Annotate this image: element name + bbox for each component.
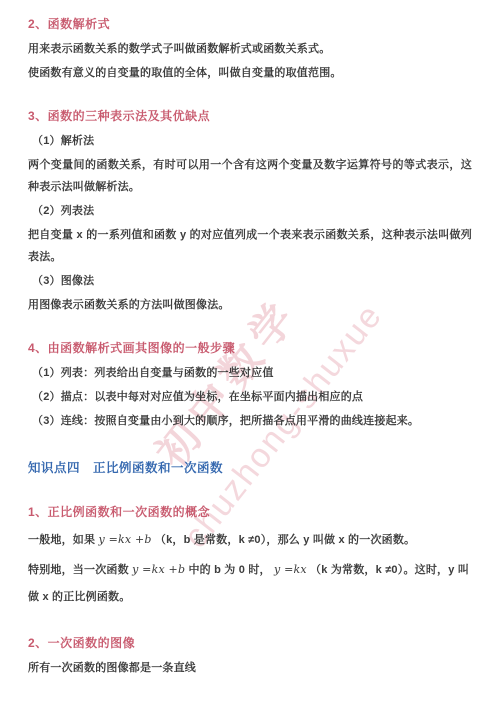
list-item-analytic-method: （1）解析法: [28, 130, 472, 152]
math-expression-kx-plus-b: y =kx +b: [98, 533, 151, 546]
math-expression-kx: y =kx: [274, 563, 307, 576]
list-item-table-method: （2）列表法: [28, 200, 472, 222]
paragraph-graph-method: 用图像表示函数关系的方法叫做图像法。: [28, 294, 472, 316]
text-segment: 中的 b 为 0 时，: [185, 564, 274, 576]
heading-linear-function-graph: 2、一次函数的图像: [28, 631, 472, 655]
heading-knowledge-point-4: 知识点四 正比例函数和一次函数: [28, 456, 472, 480]
paragraph-domain-definition: 使函数有意义的自变量的取值的全体，叫做自变量的取值范围。: [28, 62, 472, 84]
list-item-step-plot: （2）描点：以表中每对对应值为坐标，在坐标平面内描出相应的点: [28, 386, 472, 408]
text-segment: （k，b 是常数，k ≠0），那么 y 叫做 x 的一次函数。: [152, 534, 416, 546]
paragraph-table-method: 把自变量 x 的一系列值和函数 y 的对应值列成一个表来表示函数关系，这种表示法…: [28, 224, 472, 268]
text-segment: 特别地，当一次函数: [28, 564, 132, 576]
list-item-step-table: （1）列表：列表给出自变量与函数的一些对应值: [28, 362, 472, 384]
text-segment: 一般地，如果: [28, 534, 98, 546]
heading-three-representations: 3、函数的三种表示法及其优缺点: [28, 104, 472, 128]
heading-linear-function-concept: 1、正比例函数和一次函数的概念: [28, 500, 472, 524]
heading-function-expression: 2、函数解析式: [28, 12, 472, 36]
paragraph-analytic-method: 两个变量间的函数关系，有时可以用一个含有这两个变量及数字运算符号的等式表示，这种…: [28, 154, 472, 198]
document-body: 2、函数解析式 用来表示函数关系的数学式子叫做函数解析式或函数关系式。 使函数有…: [0, 0, 500, 679]
paragraph-graph-is-line: 所有一次函数的图像都是一条直线: [28, 657, 472, 679]
list-item-graph-method: （3）图像法: [28, 270, 472, 292]
list-item-step-connect: （3）连线：按照自变量由小到大的顺序，把所描各点用平滑的曲线连接起来。: [28, 410, 472, 432]
paragraph-expression-definition: 用来表示函数关系的数学式子叫做函数解析式或函数关系式。: [28, 38, 472, 60]
heading-graphing-steps: 4、由函数解析式画其图像的一般步骤: [28, 336, 472, 360]
paragraph-linear-function-definition: 一般地，如果 y =kx +b （k，b 是常数，k ≠0），那么 y 叫做 x…: [28, 526, 472, 554]
math-expression-kx-plus-b: y =kx +b: [132, 563, 185, 576]
paragraph-proportional-function-definition: 特别地，当一次函数 y =kx +b 中的 b 为 0 时， y =kx （k …: [28, 556, 472, 611]
